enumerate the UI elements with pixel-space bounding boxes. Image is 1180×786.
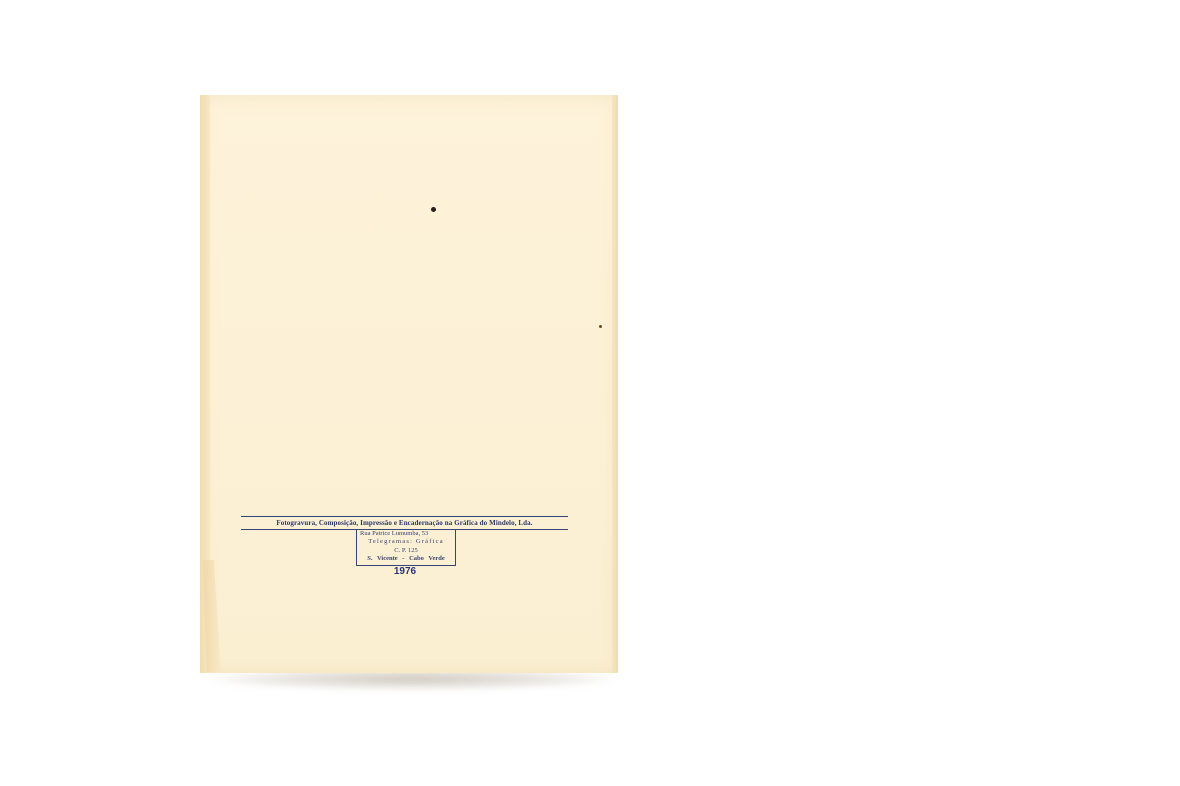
printer-address-box: Rua Patrice Lumumba, 53 Telegramas: Gráf…	[356, 530, 456, 566]
punch-hole	[431, 207, 436, 212]
publication-year: 1976	[356, 566, 454, 577]
printer-imprint: Fotogravura, Composição, Impressão e Enc…	[241, 516, 568, 530]
address-city: S. Vicente - Cabo Verde	[357, 555, 455, 563]
booklet-right-edge	[612, 95, 618, 673]
printer-credit-line: Fotogravura, Composição, Impressão e Enc…	[241, 517, 568, 529]
booklet-back-cover	[200, 95, 618, 673]
address-street: Rua Patrice Lumumba, 53	[357, 530, 455, 538]
address-telegram: Telegramas: Gráfica	[357, 538, 455, 546]
paper-speck	[599, 325, 602, 328]
address-po-box: C. P. 125	[357, 547, 455, 555]
